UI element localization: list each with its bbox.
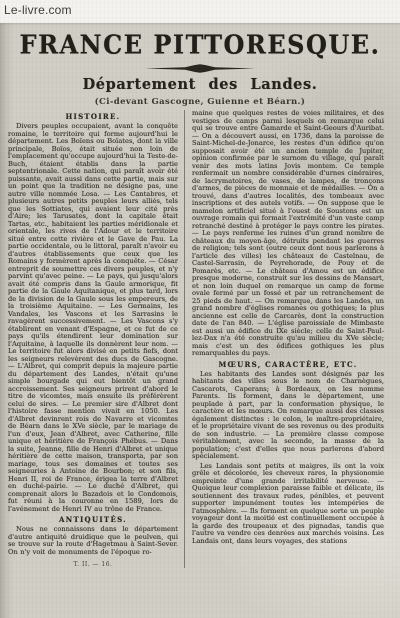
antiquites-heading: ANTIQUITÉS.: [8, 515, 178, 524]
signature-mark: T. II. — 16.: [8, 561, 178, 568]
department-title: Département des Landes.: [0, 76, 400, 93]
antiquites-text: Nous ne connaissons dans le département …: [8, 526, 178, 556]
moeurs-paragraph-1: Les habitants des Landes sont désignés p…: [192, 371, 384, 461]
page-background: Le-livre.com FRANCE PITTORESQUE. Départe…: [0, 0, 400, 618]
histoire-text: Divers peuples occupaient, avant la conq…: [8, 123, 178, 513]
continuation-text: maine que quelques restes de voies milit…: [192, 110, 384, 358]
histoire-heading: HISTOIRE.: [8, 112, 178, 121]
masthead: FRANCE PITTORESQUE. Département des Land…: [0, 0, 400, 107]
moeurs-heading: MŒURS, CARACTÈRE, ETC.: [192, 360, 384, 369]
page-title: FRANCE PITTORESQUE.: [0, 29, 400, 60]
text-columns: HISTOIRE. Divers peuples occupaient, ava…: [8, 110, 392, 568]
title-ornament: [145, 64, 255, 73]
left-column: HISTOIRE. Divers peuples occupaient, ava…: [8, 110, 178, 568]
column-divider: [184, 110, 185, 568]
department-subtitle: (Ci-devant Gascogne, Guienne et Béarn.): [0, 97, 400, 107]
moeurs-paragraph-2: Les Landais sont petits et maigres, ils …: [192, 463, 384, 546]
right-column: maine que quelques restes de voies milit…: [192, 110, 384, 568]
